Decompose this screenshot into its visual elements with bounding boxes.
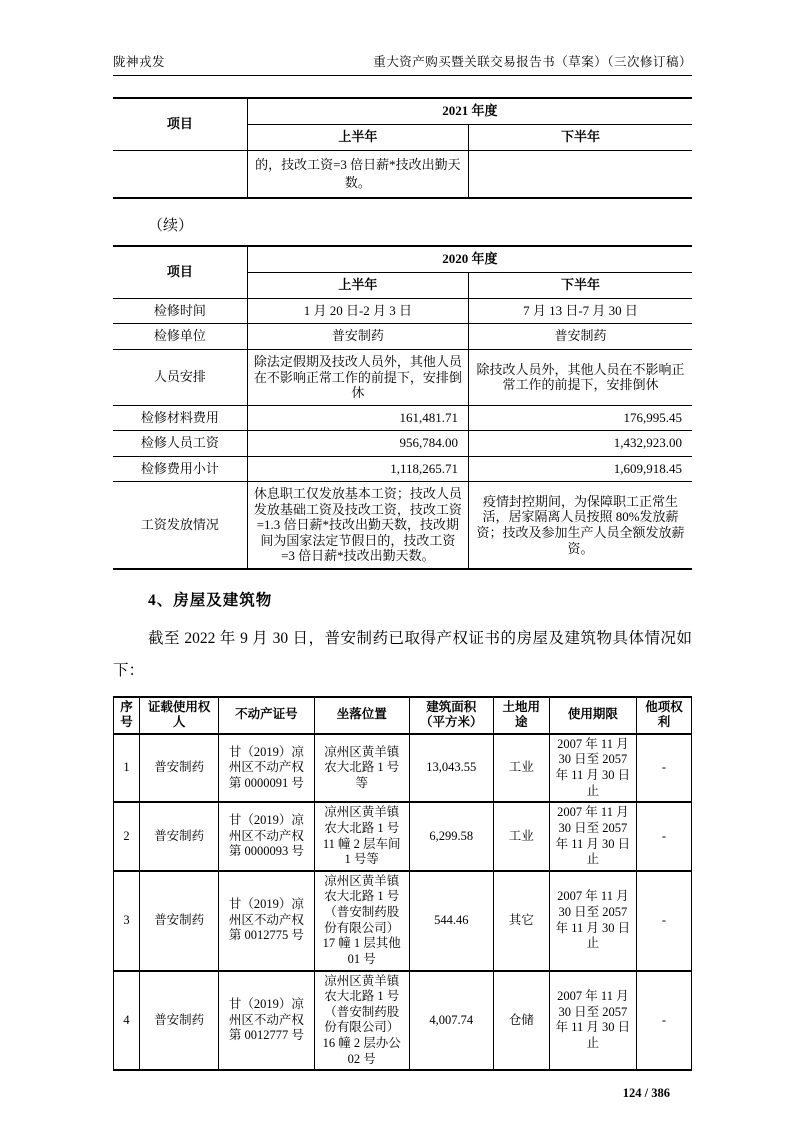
table-2021-first-half-cell: 的，技改工资=3 倍日薪*技改出勤天数。 — [247, 151, 468, 199]
table-2021-year-header: 2021 年度 — [247, 98, 692, 125]
col-header-seq: 序号 — [114, 697, 140, 734]
table-row: 检修人员工资 956,784.00 1,432,923.00 — [113, 431, 692, 456]
other-rights: - — [637, 734, 692, 803]
other-rights: - — [637, 802, 692, 871]
col-header-cert-no: 不动产证号 — [219, 697, 314, 734]
table-row: 工资发放情况 休息职工仅发放基本工资；技改人员发放基础工资及技改工资，技改工资=… — [113, 482, 692, 569]
holder: 普安制药 — [140, 734, 219, 803]
property-table: 序号 证载使用权人 不动产证号 坐落位置 建筑面积 （平方米） 土地用途 使用期… — [113, 696, 692, 1072]
holder: 普安制药 — [140, 871, 219, 971]
location: 凉州区黄羊镇农大北路 1 号 11 幢 2 层车间 1 号等 — [314, 802, 409, 871]
table-2021-second-half-header: 下半年 — [468, 125, 692, 151]
area: 4,007.74 — [409, 971, 493, 1071]
staff-arrangement-h2: 除技改人员外，其他人员在不影响正常工作的前提下，安排倒休 — [468, 349, 692, 405]
other-rights: - — [637, 871, 692, 971]
area: 13,043.55 — [409, 734, 493, 803]
seq: 4 — [114, 971, 140, 1071]
maintenance-table-2020: 项目 2020 年度 上半年 下半年 检修时间 1 月 20 日-2 月 3 日… — [113, 245, 692, 570]
land-use: 工业 — [493, 802, 549, 871]
location: 凉州区黄羊镇农大北路 1 号（普安制药股份有限公司）17 幢 1 层其他 01 … — [314, 871, 409, 971]
cert-no: 甘（2019）凉州区不动产权第 0012775 号 — [219, 871, 314, 971]
row-label: 检修材料费用 — [113, 405, 247, 430]
holder: 普安制药 — [140, 971, 219, 1071]
table-2021-second-half-cell — [468, 151, 692, 199]
area: 544.46 — [409, 871, 493, 971]
term: 2007 年 11 月 30 日至 2057 年 11 月 30 日止 — [549, 871, 636, 971]
section-heading: 4、房屋及建筑物 — [148, 588, 692, 610]
maintenance-table-2021-continuation: 项目 2021 年度 上半年 下半年 的，技改工资=3 倍日薪*技改出勤天数。 — [113, 97, 692, 199]
table-row: 检修费用小计 1,118,265.71 1,609,918.45 — [113, 456, 692, 481]
wage-policy-h2: 疫情封控期间，为保障职工正常生活，居家隔离人员按照 80%发放薪资；技改及参加生… — [468, 482, 692, 569]
table-row: 检修时间 1 月 20 日-2 月 3 日 7 月 13 日-7 月 30 日 — [113, 299, 692, 324]
col-header-term: 使用期限 — [549, 697, 636, 734]
term: 2007 年 11 月 30 日至 2057 年 11 月 30 日止 — [549, 971, 636, 1071]
labor-cost-h1: 956,784.00 — [247, 431, 468, 456]
location: 凉州区黄羊镇农大北路 1 号（普安制药股份有限公司）16 幢 2 层办公 02 … — [314, 971, 409, 1071]
labor-cost-h2: 1,432,923.00 — [468, 431, 692, 456]
row-label: 检修单位 — [113, 324, 247, 349]
property-table-header-row: 序号 证载使用权人 不动产证号 坐落位置 建筑面积 （平方米） 土地用途 使用期… — [114, 697, 692, 734]
row-label: 检修人员工资 — [113, 431, 247, 456]
material-cost-h2: 176,995.45 — [468, 405, 692, 430]
page-number: 124 / 386 — [113, 1086, 692, 1101]
col-header-other-rights: 他项权利 — [637, 697, 692, 734]
row-label: 检修费用小计 — [113, 456, 247, 481]
running-header: 陇神戎发 重大资产购买暨关联交易报告书（草案）（三次修订稿） — [113, 52, 692, 76]
table-2020-second-half-header: 下半年 — [468, 273, 692, 299]
table-row: 3 普安制药 甘（2019）凉州区不动产权第 0012775 号 凉州区黄羊镇农… — [114, 871, 692, 971]
col-header-holder: 证载使用权人 — [140, 697, 219, 734]
table-2021-first-half-header: 上半年 — [247, 125, 468, 151]
repair-time-h2: 7 月 13 日-7 月 30 日 — [468, 299, 692, 324]
table-2021-item-cell — [113, 151, 247, 199]
table-2020-item-header: 项目 — [113, 246, 247, 299]
repair-unit-h1: 普安制药 — [247, 324, 468, 349]
table-row: 检修材料费用 161,481.71 176,995.45 — [113, 405, 692, 430]
cert-no: 甘（2019）凉州区不动产权第 0000093 号 — [219, 802, 314, 871]
table-2020-first-half-header: 上半年 — [247, 273, 468, 299]
wage-policy-h1: 休息职工仅发放基本工资；技改人员发放基础工资及技改工资，技改工资=1.3 倍日薪… — [247, 482, 468, 569]
staff-arrangement-h1: 除法定假期及技改人员外，其他人员在不影响正常工作的前提下，安排倒休 — [247, 349, 468, 405]
cert-no: 甘（2019）凉州区不动产权第 0000091 号 — [219, 734, 314, 803]
table-row: 2 普安制药 甘（2019）凉州区不动产权第 0000093 号 凉州区黄羊镇农… — [114, 802, 692, 871]
row-label: 人员安排 — [113, 349, 247, 405]
subtotal-h1: 1,118,265.71 — [247, 456, 468, 481]
cert-no: 甘（2019）凉州区不动产权第 0012777 号 — [219, 971, 314, 1071]
subtotal-h2: 1,609,918.45 — [468, 456, 692, 481]
header-company-name: 陇神戎发 — [113, 52, 165, 70]
seq: 3 — [114, 871, 140, 971]
area: 6,299.58 — [409, 802, 493, 871]
repair-time-h1: 1 月 20 日-2 月 3 日 — [247, 299, 468, 324]
seq: 1 — [114, 734, 140, 803]
term: 2007 年 11 月 30 日至 2057 年 11 月 30 日止 — [549, 734, 636, 803]
table-2020-year-header: 2020 年度 — [247, 246, 692, 273]
land-use: 其它 — [493, 871, 549, 971]
col-header-area: 建筑面积 （平方米） — [409, 697, 493, 734]
row-label: 检修时间 — [113, 299, 247, 324]
col-header-location: 坐落位置 — [314, 697, 409, 734]
term: 2007 年 11 月 30 日至 2057 年 11 月 30 日止 — [549, 802, 636, 871]
continuation-label: （续） — [148, 214, 692, 235]
location: 凉州区黄羊镇农大北路 1 号等 — [314, 734, 409, 803]
table-row: 检修单位 普安制药 普安制药 — [113, 324, 692, 349]
table-row: 1 普安制药 甘（2019）凉州区不动产权第 0000091 号 凉州区黄羊镇农… — [114, 734, 692, 803]
seq: 2 — [114, 802, 140, 871]
intro-paragraph: 截至 2022 年 9 月 30 日，普安制药已取得产权证书的房屋及建筑物具体情… — [113, 623, 692, 687]
other-rights: - — [637, 971, 692, 1071]
material-cost-h1: 161,481.71 — [247, 405, 468, 430]
table-2021-item-header: 项目 — [113, 98, 247, 151]
land-use: 仓储 — [493, 971, 549, 1071]
header-document-title: 重大资产购买暨关联交易报告书（草案）（三次修订稿） — [373, 52, 692, 70]
table-row: 人员安排 除法定假期及技改人员外，其他人员在不影响正常工作的前提下，安排倒休 除… — [113, 349, 692, 405]
land-use: 工业 — [493, 734, 549, 803]
holder: 普安制药 — [140, 802, 219, 871]
row-label: 工资发放情况 — [113, 482, 247, 569]
table-row: 4 普安制药 甘（2019）凉州区不动产权第 0012777 号 凉州区黄羊镇农… — [114, 971, 692, 1071]
document-page: 陇神戎发 重大资产购买暨关联交易报告书（草案）（三次修订稿） 项目 2021 年… — [0, 0, 793, 1122]
repair-unit-h2: 普安制药 — [468, 324, 692, 349]
col-header-land-use: 土地用途 — [493, 697, 549, 734]
